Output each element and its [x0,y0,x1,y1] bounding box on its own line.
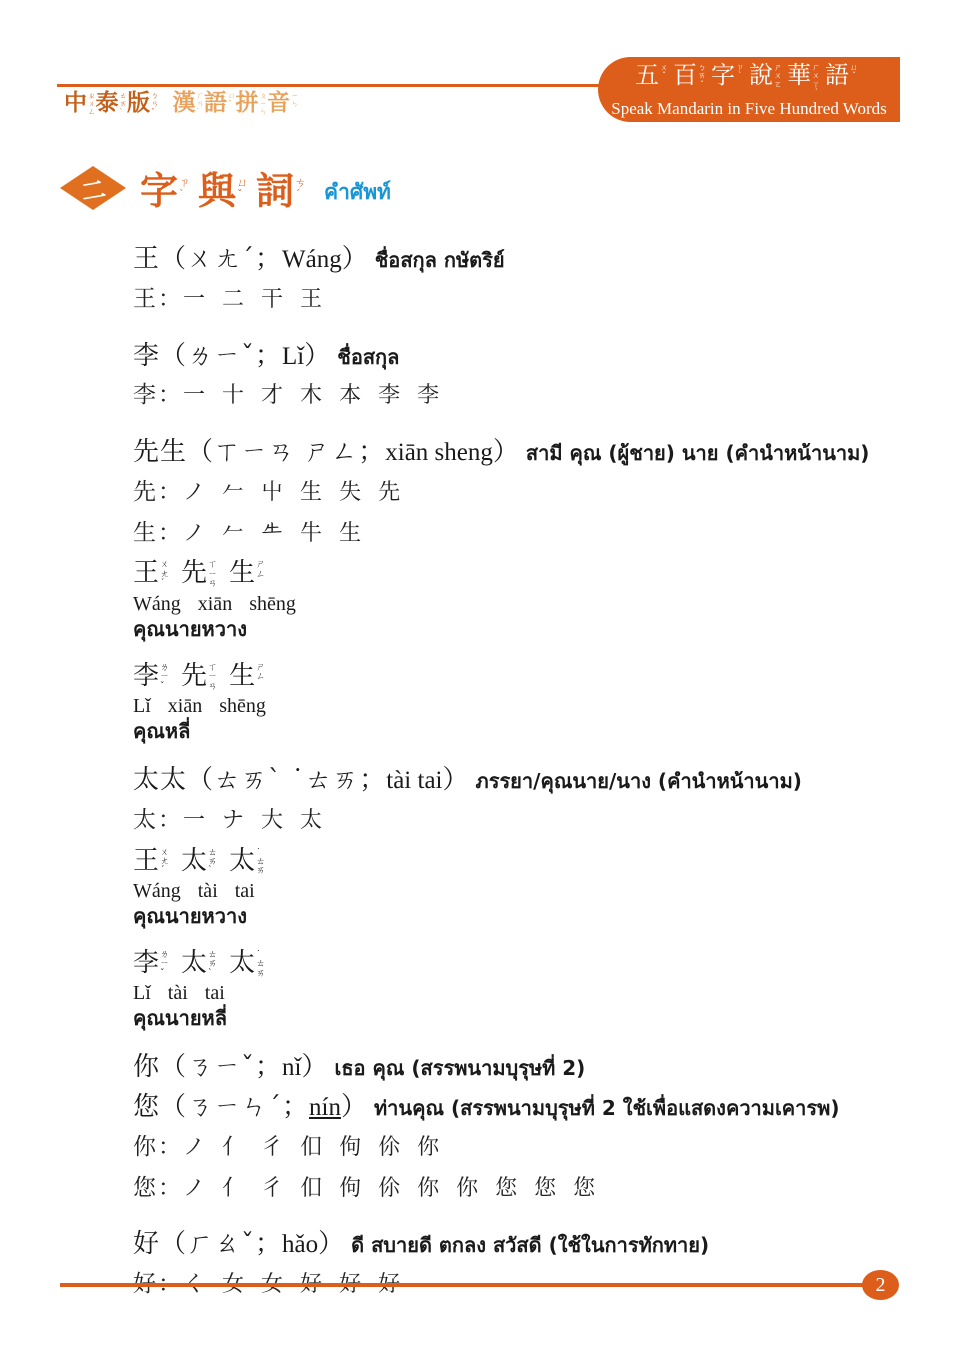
stroke-step: 㐰 [300,1175,322,1203]
hanzi-char: 先 [181,559,207,589]
headword-text: 太太（ㄊㄞˋ ˙ㄊㄞ； [133,765,386,795]
char-with-zhuyin: 五ㄨˇ [635,62,668,90]
zhuyin-glyph: ㄞ [256,970,265,979]
compound-characters: 李ㄌㄧˇ太ㄊㄞˋ太˙ㄊㄞ [133,949,924,979]
section-diamond-icon: 二 [60,166,126,210]
stroke-order-row: 王：一二干王 [133,285,924,314]
stroke-order-row: 生：ノ𠂉𠂒牛生 [133,519,924,548]
stroke-step: 二 [222,286,244,314]
stroke-step: 生 [300,479,322,507]
headword-row: 李（ㄌㄧˇ；Lǐ）ชื่อสกุล [133,340,924,374]
headword-pinyin: xiān sheng [385,439,493,466]
zhuyin-glyph: ˇ [160,970,169,979]
hanzi-char: 詞 [256,169,294,213]
stroke-target-char: 先 [133,479,156,505]
headword-row: 你（ㄋㄧˇ；nǐ）เธอ คุณ (สรรพนามบุรุษที่ 2) [133,1051,924,1085]
compound-block: 李ㄌㄧˇ先ㄒㄧㄢ生ㄕㄥLǐ xiān shēngคุณหลี่ [133,662,924,742]
headword-pinyin: hǎo [282,1231,318,1258]
edition-title: 中ㄓㄨㄥ泰ㄊㄞˋ版ㄅㄢˇ漢ㄏㄢˋ語ㄩˇ拼ㄆㄧㄣ音ㄧㄣ [64,90,299,116]
zhuyin-glyph: ˇ [160,683,169,692]
zhuyin-glyph: ㄢ [208,580,217,589]
stroke-step: ノ [183,1175,205,1203]
compound-characters: 王ㄨㄤˊ太ㄊㄞˋ太˙ㄊㄞ [133,847,924,877]
stroke-target-char: 你 [133,1134,156,1160]
zhuyin-glyph: ˋ [208,867,217,876]
zhuyin-annotation: ㄨㄤˊ [160,561,169,589]
stroke-step: 才 [261,382,283,410]
stroke-step: 𠂉 [222,479,244,507]
headword-text: 李（ㄌㄧˇ； [133,341,282,371]
stroke-step: 𠂉 [222,520,244,548]
footer-rule [60,1283,866,1287]
zhuyin-annotation: ㄩˇ [237,177,248,200]
stroke-step: 亻 [222,1134,244,1162]
compound-characters: 李ㄌㄧˇ先ㄒㄧㄢ生ㄕㄥ [133,662,924,692]
stroke-step: 您 [495,1175,517,1203]
headword-thai-gloss: เธอ คุณ (สรรพนามบุรุษที่ 2) [334,1056,585,1080]
zhuyin-glyph: ˋ [197,108,205,116]
char-with-zhuyin: 語ㄩˇ [825,62,858,90]
zhuyin-annotation: ㄅㄢˇ [151,92,159,116]
char-with-zhuyin: 說ㄕㄨㄛ [749,62,782,90]
stroke-step: 㐰 [300,1134,322,1162]
hanzi-char: 先 [181,662,207,692]
char-with-zhuyin: 與ㄩˇ [198,169,248,213]
book-page: 中ㄓㄨㄥ泰ㄊㄞˋ版ㄅㄢˇ漢ㄏㄢˋ語ㄩˇ拼ㄆㄧㄣ音ㄧㄣ 五ㄨˇ百ㄅㄞˇ字ㄗˋ說ㄕㄨ… [0,0,960,1358]
headword-pinyin: nǐ [282,1054,301,1081]
stroke-step: 您 [534,1175,556,1203]
zhuyin-glyph: ˇ [850,72,858,80]
zhuyin-annotation: ㄕㄨㄛ [774,64,782,89]
zhuyin-annotation: ㄨㄤˊ [160,849,169,877]
char-with-zhuyin: 王ㄨㄤˊ [133,847,169,877]
zhuyin-annotation: ㄏㄨㄚˊ [812,64,820,98]
stroke-target-char: 生 [133,520,156,546]
zhuyin-glyph: ˋ [120,108,128,116]
stroke-order-row: 您：ノ亻彳㐰佝伱你你您您您 [133,1174,924,1203]
headword-close-paren: ） [301,1052,328,1082]
stroke-step: ノ [183,479,205,507]
zhuyin-annotation: ㄗˋ [179,177,190,200]
stroke-target-char: 王 [133,286,156,312]
compound-characters: 王ㄨㄤˊ先ㄒㄧㄢ生ㄕㄥ [133,559,924,589]
zhuyin-glyph: ㄥ [256,673,265,682]
headword-close-paren: ） [342,244,369,274]
hanzi-char: 說 [749,62,773,90]
headword-thai-gloss: ท่านคุณ (สรรพนามบุรุษที่ 2 ใช้เพื่อแสดงค… [374,1096,840,1120]
stroke-step: 彳 [261,1134,283,1162]
char-with-zhuyin: 拼ㄆㄧㄣ [236,90,268,116]
compound-block: 王ㄨㄤˊ太ㄊㄞˋ太˙ㄊㄞWáng tài taiคุณนายหวาง [133,847,924,927]
headword-thai-gloss: ดี สบายดี ตกลง สวัสดี (ใช้ในการทักทาย) [351,1233,709,1257]
stroke-step: 屮 [261,479,283,507]
headword-pinyin: tài tai [386,767,442,794]
stroke-step: 先 [378,479,400,507]
stroke-step: 彳 [261,1175,283,1203]
stroke-target-char: 您 [133,1175,156,1201]
headword-text: 先生（ㄒㄧㄢ ㄕㄥ； [133,437,385,467]
vocabulary-list: 王（ㄨㄤˊ；Wáng）ชื่อสกุล กษัตริย์王：一二干王李（ㄌㄧˇ；… [133,243,924,1299]
zhuyin-glyph: ㄣ [260,108,268,116]
zhuyin-glyph: ˋ [736,72,744,80]
headword-close-paren: ） [304,341,331,371]
zhuyin-glyph: ˇ [698,81,706,89]
headword-thai-gloss: สามี คุณ (ผู้ชาย) นาย (คำนำหน้านาม) [526,441,870,465]
stroke-step: 王 [300,286,322,314]
stroke-step: 一 [183,382,205,410]
stroke-colon: ： [158,1175,181,1201]
compound-pinyin: Wáng xiān shēng [133,593,924,615]
zhuyin-glyph: ˊ [812,89,820,97]
zhuyin-glyph: ㄥ [88,108,96,116]
hanzi-char: 李 [133,949,159,979]
zhuyin-annotation: ㄊㄞˋ [120,92,128,116]
stroke-colon: ： [158,479,181,505]
stroke-order-row: 先：ノ𠂉屮生失先 [133,478,924,507]
headword-pinyin: Wáng [282,246,342,273]
char-with-zhuyin: 先ㄒㄧㄢ [181,559,217,589]
compound-thai-gloss: คุณนายหลี่ [133,1007,924,1029]
hanzi-char: 語 [204,90,227,116]
stroke-order-row: 太：一ナ大太 [133,806,924,835]
hanzi-char: 生 [229,559,255,589]
stroke-step: 本 [339,382,361,410]
zhuyin-glyph: ˊ [160,867,169,876]
headword-close-paren: ） [493,437,520,467]
zhuyin-glyph: ˊ [295,189,306,201]
headword-thai-gloss: ภรรยา/คุณนาย/นาง (คำนำหน้านาม) [476,769,802,793]
headword-row: 好（ㄏㄠˇ；hǎo）ดี สบายดี ตกลง สวัสดี (ใช้ในกา… [133,1228,924,1262]
hanzi-char: 太 [229,949,255,979]
stroke-target-char: 李 [133,382,156,408]
char-with-zhuyin: 太ㄊㄞˋ [181,847,217,877]
zhuyin-annotation: ˙ㄊㄞ [256,849,265,877]
zhuyin-annotation: ㄊㄞˋ [208,849,217,877]
compound-pinyin: Wáng tài tai [133,880,924,902]
hanzi-char: 字 [140,169,178,213]
zhuyin-glyph: ˋ [208,970,217,979]
stroke-step: 佝 [339,1175,361,1203]
char-with-zhuyin: 音ㄧㄣ [267,90,299,116]
stroke-order-row: 你：ノ亻彳㐰佝伱你 [133,1133,924,1162]
zhuyin-annotation: ㄗˋ [736,64,744,81]
stroke-step: 李 [378,382,400,410]
stroke-step: 木 [300,382,322,410]
stroke-step: ノ [183,1134,205,1162]
stroke-step: 你 [417,1175,439,1203]
header-rule [57,84,617,87]
stroke-step: 生 [339,520,361,548]
headword-text: 你（ㄋㄧˇ； [133,1052,282,1082]
zhuyin-glyph: ˋ [179,189,190,201]
headword-close-paren: ） [443,765,470,795]
char-with-zhuyin: 語ㄩˇ [204,90,236,116]
zhuyin-annotation: ˙ㄊㄞ [256,951,265,979]
hanzi-char: 太 [229,847,255,877]
zhuyin-glyph: ˇ [228,100,236,108]
char-with-zhuyin: 字ㄗˋ [711,62,744,90]
stroke-colon: ： [158,1134,181,1160]
zhuyin-annotation: ㄒㄧㄢ [208,561,217,589]
hanzi-char: 泰 [96,90,119,116]
zhuyin-glyph: ˊ [160,580,169,589]
stroke-step: 𠂒 [261,520,283,548]
zhuyin-glyph: ㄣ [291,100,299,108]
char-with-zhuyin: 李ㄌㄧˇ [133,662,169,692]
char-with-zhuyin: 太˙ㄊㄞ [229,949,265,979]
page-number: 2 [876,1274,886,1297]
compound-pinyin: Lǐ xiān shēng [133,695,924,717]
brand-banner: 五ㄨˇ百ㄅㄞˇ字ㄗˋ說ㄕㄨㄛ華ㄏㄨㄚˊ語ㄩˇ Speak Mandarin in… [598,57,900,122]
zhuyin-annotation: ㄆㄧㄣ [260,92,268,116]
char-with-zhuyin: 中ㄓㄨㄥ [64,90,96,116]
stroke-colon: ： [158,807,181,833]
section-number: 二 [78,169,108,208]
headword-text: 王（ㄨㄤˊ； [133,244,282,274]
zhuyin-annotation: ㄌㄧˇ [160,664,169,692]
section-title: 字ㄗˋ與ㄩˇ詞ㄘˊ [140,169,314,213]
compound-block: 李ㄌㄧˇ太ㄊㄞˋ太˙ㄊㄞLǐ tài taiคุณนายหลี่ [133,949,924,1029]
stroke-step: ノ [183,520,205,548]
hanzi-char: 五 [635,62,659,90]
hanzi-char: 字 [711,62,735,90]
stroke-step: 一 [183,807,205,835]
stroke-step: 佝 [339,1134,361,1162]
headword-close-paren: ） [318,1229,345,1259]
compound-pinyin: Lǐ tài tai [133,982,924,1004]
zhuyin-annotation: ㄩˇ [850,64,858,81]
hanzi-char: 版 [127,90,150,116]
zhuyin-annotation: ㄕㄥ [256,561,265,580]
compound-block: 王ㄨㄤˊ先ㄒㄧㄢ生ㄕㄥWáng xiān shēngคุณนายหวาง [133,559,924,639]
stroke-colon: ： [158,286,181,312]
stroke-target-char: 太 [133,807,156,833]
zhuyin-annotation: ㄓㄨㄥ [88,92,96,116]
stroke-step: 您 [573,1175,595,1203]
stroke-step: 一 [183,286,205,314]
hanzi-char: 拼 [236,90,259,116]
char-with-zhuyin: 王ㄨㄤˊ [133,559,169,589]
stroke-order-row: 李：一十才木本李李 [133,381,924,410]
compound-thai-gloss: คุณหลี่ [133,720,924,742]
hanzi-char: 音 [267,90,290,116]
stroke-step: 大 [261,807,283,835]
headword-thai-gloss: ชื่อสกุล [337,345,399,369]
hanzi-char: 語 [825,62,849,90]
stroke-step: ナ [222,807,244,835]
headword-close-paren: ） [341,1092,368,1122]
stroke-step: 牛 [300,520,322,548]
char-with-zhuyin: 華ㄏㄨㄚˊ [787,62,820,98]
headword-row: 太太（ㄊㄞˋ ˙ㄊㄞ；tài tai）ภรรยา/คุณนาย/นาง (คำน… [133,764,924,798]
zhuyin-glyph: ˇ [151,108,159,116]
char-with-zhuyin: 李ㄌㄧˇ [133,949,169,979]
zhuyin-annotation: ㄅㄞˇ [698,64,706,89]
zhuyin-annotation: ㄏㄢˋ [197,92,205,116]
hanzi-char: 漢 [173,90,196,116]
headword-text: 好（ㄏㄠˇ； [133,1229,282,1259]
hanzi-char: 王 [133,559,159,589]
zhuyin-annotation: ㄩˇ [228,92,236,108]
stroke-step: 亻 [222,1175,244,1203]
char-with-zhuyin: 生ㄕㄥ [229,559,265,589]
zhuyin-annotation: ㄊㄞˋ [208,951,217,979]
section-header: 二 字ㄗˋ與ㄩˇ詞ㄘˊ คำศัพท์ [60,163,391,213]
zhuyin-annotation: ㄧㄣ [291,92,299,108]
stroke-step: 你 [417,1134,439,1162]
zhuyin-glyph: ˇ [237,189,248,201]
headword-row: 您（ㄋㄧㄣˊ；nín）ท่านคุณ (สรรพนามบุรุษที่ 2 ใช… [133,1091,924,1125]
stroke-step: 伱 [378,1175,400,1203]
char-with-zhuyin: 百ㄅㄞˇ [673,62,706,90]
char-with-zhuyin: 太˙ㄊㄞ [229,847,265,877]
char-with-zhuyin: 生ㄕㄥ [229,662,265,692]
hanzi-char: 李 [133,662,159,692]
compound-thai-gloss: คุณนายหวาง [133,618,924,640]
char-with-zhuyin: 字ㄗˋ [140,169,190,213]
edition-word-group: 中ㄓㄨㄥ泰ㄊㄞˋ版ㄅㄢˇ [64,90,159,116]
char-with-zhuyin: 先ㄒㄧㄢ [181,662,217,692]
char-with-zhuyin: 詞ㄘˊ [256,169,306,213]
hanzi-char: 太 [181,847,207,877]
brand-subtitle: Speak Mandarin in Five Hundred Words [598,99,900,119]
headword-text: 您（ㄋㄧㄣˊ； [133,1092,309,1122]
compound-thai-gloss: คุณนายหวาง [133,905,924,927]
char-with-zhuyin: 版ㄅㄢˇ [127,90,159,116]
headword-thai-gloss: ชื่อสกุล กษัตริย์ [375,248,505,272]
stroke-step: 太 [300,807,322,835]
hanzi-char: 生 [229,662,255,692]
hanzi-char: 華 [787,62,811,90]
zhuyin-annotation: ㄘˊ [295,177,306,200]
edition-word-group: 漢ㄏㄢˋ語ㄩˇ拼ㄆㄧㄣ音ㄧㄣ [173,90,299,116]
section-title-thai: คำศัพท์ [324,176,391,209]
page-number-badge: 2 [862,1270,899,1300]
hanzi-char: 百 [673,62,697,90]
stroke-step: 伱 [378,1134,400,1162]
zhuyin-glyph: ㄞ [256,867,265,876]
headword-row: 王（ㄨㄤˊ；Wáng）ชื่อสกุล กษัตริย์ [133,243,924,277]
stroke-step: 李 [417,382,439,410]
stroke-step: 失 [339,479,361,507]
hanzi-char: 太 [181,949,207,979]
headword-pinyin: nín [309,1094,341,1121]
brand-title: 五ㄨˇ百ㄅㄞˇ字ㄗˋ說ㄕㄨㄛ華ㄏㄨㄚˊ語ㄩˇ [598,62,900,98]
zhuyin-annotation: ㄒㄧㄢ [208,664,217,692]
stroke-step: 干 [261,286,283,314]
hanzi-char: 與 [198,169,236,213]
char-with-zhuyin: 漢ㄏㄢˋ [173,90,205,116]
zhuyin-annotation: ㄨˇ [660,64,668,81]
stroke-colon: ： [158,520,181,546]
char-with-zhuyin: 泰ㄊㄞˋ [96,90,128,116]
zhuyin-glyph: ㄢ [208,683,217,692]
hanzi-char: 中 [64,90,87,116]
hanzi-char: 王 [133,847,159,877]
stroke-colon: ： [158,382,181,408]
headword-row: 先生（ㄒㄧㄢ ㄕㄥ；xiān sheng）สามี คุณ (ผู้ชาย) น… [133,436,924,470]
zhuyin-glyph: ㄛ [774,81,782,89]
headword-pinyin: Lǐ [282,343,304,370]
zhuyin-annotation: ㄌㄧˇ [160,951,169,979]
stroke-step: 十 [222,382,244,410]
stroke-step: 你 [456,1175,478,1203]
zhuyin-annotation: ㄕㄥ [256,664,265,683]
zhuyin-glyph: ˇ [660,72,668,80]
char-with-zhuyin: 太ㄊㄞˋ [181,949,217,979]
zhuyin-glyph: ㄥ [256,571,265,580]
